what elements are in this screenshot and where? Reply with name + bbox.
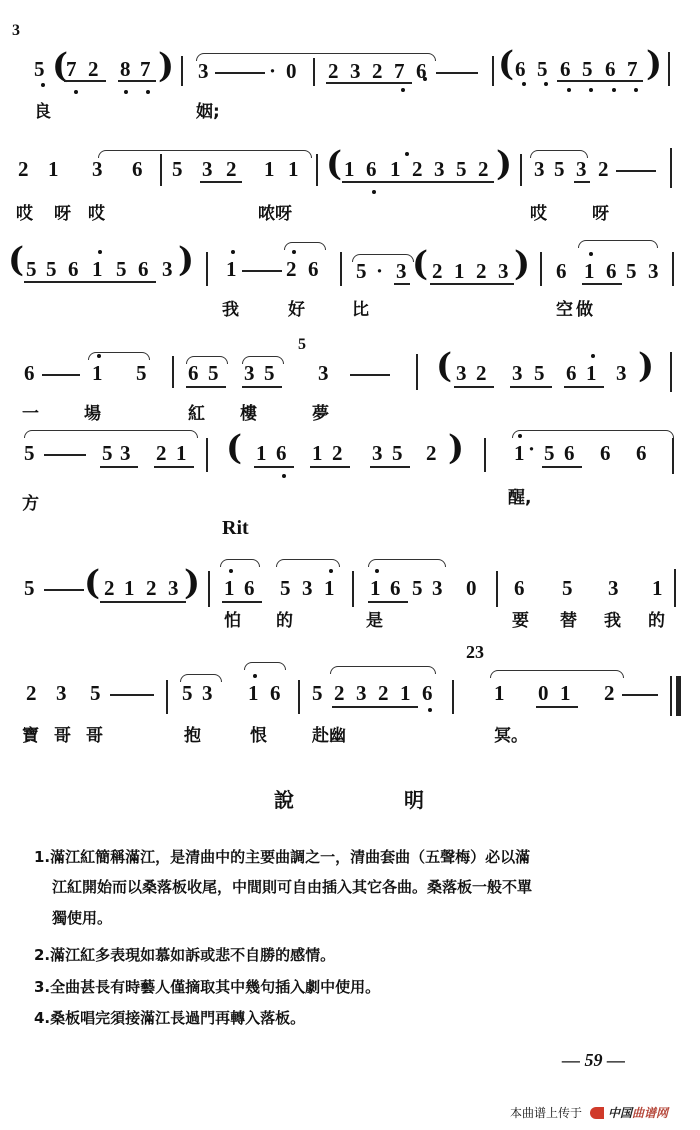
note: 1 xyxy=(124,577,135,599)
note: 1 xyxy=(92,258,103,280)
slur xyxy=(512,430,674,438)
barline xyxy=(670,148,672,188)
note: 1 xyxy=(560,682,571,704)
lyric: 是 xyxy=(366,611,383,631)
octave-dot xyxy=(146,90,150,94)
note: 6 xyxy=(138,258,149,280)
note: 5 xyxy=(534,362,545,384)
underline xyxy=(542,466,582,468)
lyric: 方 xyxy=(22,494,39,514)
note: 2 xyxy=(476,362,487,384)
note: 7 xyxy=(140,58,151,80)
note: 5 xyxy=(208,362,219,384)
octave-dot xyxy=(589,88,593,92)
note: 1 xyxy=(390,158,401,180)
paren-close: ) xyxy=(638,348,654,384)
note: 6 xyxy=(606,260,617,282)
lyric: 哥 xyxy=(86,726,103,746)
barline xyxy=(670,352,672,392)
section-title-right: 明 xyxy=(404,784,424,813)
dash xyxy=(44,454,86,456)
barline xyxy=(166,680,168,714)
lyric: 赴幽 xyxy=(312,726,346,746)
underline xyxy=(254,466,294,468)
note: 5 xyxy=(172,158,183,180)
note: 5 xyxy=(312,682,323,704)
barline xyxy=(672,438,674,474)
underline xyxy=(430,283,514,285)
lyric: 我 xyxy=(222,300,239,320)
lyric: 夢 xyxy=(312,404,329,424)
octave-dot xyxy=(282,474,286,478)
note: 3 xyxy=(396,260,407,282)
note: 0 xyxy=(286,60,297,82)
note: 6 xyxy=(422,682,433,704)
lyric: 紅 xyxy=(188,404,205,424)
octave-dot xyxy=(612,88,616,92)
barline xyxy=(172,356,174,388)
note: 5 xyxy=(582,58,593,80)
note: 6 xyxy=(636,442,647,464)
lyric: 哎 xyxy=(88,204,105,224)
note: 2 xyxy=(478,158,489,180)
note: · xyxy=(269,60,276,82)
slur xyxy=(368,559,446,567)
note: 3 xyxy=(456,362,467,384)
octave-dot xyxy=(292,250,296,254)
note: 3 xyxy=(92,158,103,180)
octave-dot xyxy=(567,88,571,92)
note: 2 xyxy=(432,260,443,282)
note: 1 xyxy=(586,362,597,384)
note: 6 xyxy=(560,58,571,80)
note: 6 xyxy=(514,577,525,599)
barline xyxy=(492,56,494,86)
paren-close: ) xyxy=(448,430,464,466)
note: 2 xyxy=(334,682,345,704)
underline xyxy=(564,386,604,388)
note: 0 xyxy=(466,577,477,599)
underline xyxy=(24,281,156,283)
octave-dot xyxy=(544,82,548,86)
note: 3 xyxy=(162,258,173,280)
note: 1 xyxy=(92,362,103,384)
paren-open: ( xyxy=(84,565,100,601)
note: 1 xyxy=(454,260,465,282)
slur xyxy=(578,240,658,248)
note: 1 xyxy=(370,577,381,599)
note: 3 xyxy=(202,158,213,180)
brand-name-red: 曲谱网 xyxy=(632,1104,668,1121)
octave-dot xyxy=(41,83,45,87)
note: 1 xyxy=(344,158,355,180)
dash xyxy=(350,374,390,376)
lyric: 冥。 xyxy=(494,726,528,746)
note: 1 xyxy=(226,258,237,280)
lyric: 哥 xyxy=(54,726,71,746)
note: 3 xyxy=(498,260,509,282)
underline xyxy=(454,386,494,388)
underline xyxy=(510,386,552,388)
note: 1 xyxy=(288,158,299,180)
lyric: 哝呀 xyxy=(258,204,292,224)
note: · xyxy=(528,438,535,460)
note: 5 xyxy=(46,258,57,280)
paren-close: ) xyxy=(514,246,530,282)
note: 3 xyxy=(202,682,213,704)
lyric: 要 xyxy=(512,611,529,631)
note: 0 xyxy=(538,682,549,704)
tempo-marking: Rit xyxy=(222,517,249,540)
octave-dot xyxy=(98,250,102,254)
underline xyxy=(118,80,156,82)
note: 3 xyxy=(648,260,659,282)
note: 3 xyxy=(608,577,619,599)
note: 3 xyxy=(318,362,329,384)
note: 3 xyxy=(198,60,209,82)
note: 2 xyxy=(426,442,437,464)
octave-dot xyxy=(97,354,101,358)
note: 5 xyxy=(116,258,127,280)
barline xyxy=(316,154,318,186)
explanation-line: 獨使用。 xyxy=(52,903,672,934)
octave-dot xyxy=(329,569,333,573)
lyric: 場 xyxy=(84,404,101,424)
dash xyxy=(215,72,265,74)
paren-open: ( xyxy=(326,146,342,182)
lyric: 比 xyxy=(352,300,369,320)
lyric: 怕 xyxy=(224,611,241,631)
brand-logo-icon xyxy=(590,1107,604,1119)
note: 2 xyxy=(598,158,609,180)
note: 3 xyxy=(512,362,523,384)
note: 1 xyxy=(256,442,267,464)
note: 2 xyxy=(26,682,37,704)
octave-dot xyxy=(589,252,593,256)
footer-prefix: 本曲谱上传于 xyxy=(510,1104,582,1121)
octave-dot xyxy=(231,250,235,254)
underline xyxy=(186,386,226,388)
note: 6 xyxy=(605,58,616,80)
lyric: 呀 xyxy=(54,204,71,224)
lyric: 寶 xyxy=(22,726,39,746)
barline xyxy=(672,252,674,286)
note: 6 xyxy=(244,577,255,599)
barline xyxy=(668,52,670,86)
grace-note: 23 xyxy=(466,642,484,663)
lyric: 我 xyxy=(604,611,621,631)
footer-watermark[interactable]: 本曲谱上传于 中国 曲谱网 xyxy=(510,1104,668,1121)
underline xyxy=(368,601,408,603)
note: 6 xyxy=(308,258,319,280)
note: 6 xyxy=(566,362,577,384)
note: 5 xyxy=(554,158,565,180)
note: 6 xyxy=(270,682,281,704)
underline xyxy=(332,706,418,708)
barline xyxy=(340,252,342,286)
note: 5 xyxy=(90,682,101,704)
lyric: 做 xyxy=(576,300,593,320)
lyric: 替 xyxy=(560,611,577,631)
note: 2 xyxy=(412,158,423,180)
octave-dot xyxy=(405,152,409,156)
barline xyxy=(540,252,542,286)
underline xyxy=(342,181,494,183)
barline xyxy=(674,569,676,607)
barline xyxy=(352,571,354,607)
note: 6 xyxy=(132,158,143,180)
slur xyxy=(330,666,436,674)
slur xyxy=(24,430,198,438)
note: 5 xyxy=(537,58,548,80)
octave-dot xyxy=(74,90,78,94)
final-barline-thick xyxy=(676,676,681,716)
note: 5 xyxy=(24,577,35,599)
octave-dot xyxy=(124,90,128,94)
note: 3 xyxy=(350,60,361,82)
note: 6 xyxy=(600,442,611,464)
note: 3 xyxy=(616,362,627,384)
underline xyxy=(64,80,106,82)
note: 5 xyxy=(34,58,45,80)
barline xyxy=(181,56,183,86)
underline xyxy=(536,706,578,708)
note: 1 xyxy=(312,442,323,464)
octave-dot xyxy=(375,569,379,573)
note: · xyxy=(376,260,383,282)
underline xyxy=(370,466,410,468)
lyric: 樓 xyxy=(240,404,257,424)
note: 3 xyxy=(434,158,445,180)
underline xyxy=(222,601,262,603)
lyric: 的 xyxy=(276,611,293,631)
note: 3 xyxy=(56,682,67,704)
brand-name-dark: 中国 xyxy=(608,1104,632,1121)
note: 2 xyxy=(372,60,383,82)
note: 5 xyxy=(562,577,573,599)
explanation-line: 4.桑板唱完須接滿江長過門再轉入落板。 xyxy=(34,1003,654,1034)
note: 3 xyxy=(302,577,313,599)
slur xyxy=(276,559,340,567)
octave-dot xyxy=(518,434,522,438)
explanation-line: 江紅開始而以桑落板收尾，中間則可自由插入其它各曲。桑落板一般不單 xyxy=(52,872,672,903)
note: 2 xyxy=(104,577,115,599)
note: 6 xyxy=(390,577,401,599)
note: 3 xyxy=(244,362,255,384)
octave-dot xyxy=(428,708,432,712)
note: 5 xyxy=(136,362,147,384)
underline xyxy=(200,181,242,183)
underline xyxy=(394,283,410,285)
note: 2 xyxy=(378,682,389,704)
paren-open: ( xyxy=(436,348,452,384)
note: 2 xyxy=(328,60,339,82)
note: 3 xyxy=(120,442,131,464)
lyric: 良 xyxy=(34,102,51,122)
note: 1 xyxy=(400,682,411,704)
underline xyxy=(574,181,590,183)
dash xyxy=(44,589,84,591)
octave-dot xyxy=(423,77,427,81)
note: 1 xyxy=(652,577,663,599)
barline xyxy=(206,438,208,472)
note: 3 xyxy=(372,442,383,464)
underline xyxy=(557,80,643,82)
note: 1 xyxy=(324,577,335,599)
note: 5 xyxy=(24,442,35,464)
note: 1 xyxy=(264,158,275,180)
note: 2 xyxy=(88,58,99,80)
lyric: 一 xyxy=(22,404,39,424)
paren-close: ) xyxy=(184,565,200,601)
note: 7 xyxy=(66,58,77,80)
note: 5 xyxy=(280,577,291,599)
barline xyxy=(208,571,210,607)
note: 6 xyxy=(188,362,199,384)
note: 3 xyxy=(168,577,179,599)
slur xyxy=(284,242,326,250)
lyric: 空 xyxy=(556,300,573,320)
barline xyxy=(416,354,418,390)
note: 5 xyxy=(26,258,37,280)
octave-dot xyxy=(522,82,526,86)
dash xyxy=(242,270,282,272)
explanation-line: 2.滿江紅多表現如慕如訴或悲不自勝的感情。 xyxy=(34,940,654,971)
note: 2 xyxy=(332,442,343,464)
slur xyxy=(244,662,286,670)
grace-note: 5 xyxy=(298,336,306,354)
underline xyxy=(582,283,622,285)
lyric: 恨 xyxy=(250,726,267,746)
underline xyxy=(100,601,186,603)
lyric: 好 xyxy=(288,300,305,320)
note: 1 xyxy=(584,260,595,282)
note: 7 xyxy=(627,58,638,80)
note: 2 xyxy=(226,158,237,180)
explanation-line: 3.全曲甚長有時藝人僅摘取其中幾句插入劇中使用。 xyxy=(34,972,654,1003)
note: 6 xyxy=(24,362,35,384)
barline xyxy=(313,58,315,86)
paren-open: ( xyxy=(8,242,24,278)
note: 1 xyxy=(224,577,235,599)
note: 5 xyxy=(626,260,637,282)
note: 3 xyxy=(432,577,443,599)
note: 5 xyxy=(102,442,113,464)
lyric: 醒, xyxy=(508,488,531,508)
paren-open: ( xyxy=(226,430,242,466)
note: 2 xyxy=(156,442,167,464)
grace-note: 3 xyxy=(12,22,20,40)
dash xyxy=(616,170,656,172)
dash xyxy=(110,694,154,696)
underline xyxy=(242,386,282,388)
note: 2 xyxy=(146,577,157,599)
section-title-left: 說 xyxy=(274,784,294,813)
note: 3 xyxy=(356,682,367,704)
barline xyxy=(484,438,486,472)
barline xyxy=(452,680,454,714)
note: 5 xyxy=(182,682,193,704)
note: 1 xyxy=(48,158,59,180)
underline xyxy=(326,82,412,84)
octave-dot xyxy=(634,88,638,92)
lyric: 呀 xyxy=(592,204,609,224)
note: 5 xyxy=(264,362,275,384)
note: 1 xyxy=(248,682,259,704)
note: 6 xyxy=(564,442,575,464)
lyric: 哎 xyxy=(530,204,547,224)
slur xyxy=(220,559,260,567)
note: 5 xyxy=(356,260,367,282)
barline xyxy=(206,252,208,286)
explanation-line: 1.滿江紅簡稱滿江，是清曲中的主要曲調之一，清曲套曲（五聲梅）必以滿 xyxy=(34,842,654,873)
lyric: 哎 xyxy=(16,204,33,224)
dash xyxy=(622,694,658,696)
slur xyxy=(490,670,624,678)
note: 5 xyxy=(544,442,555,464)
note: 5 xyxy=(456,158,467,180)
octave-dot xyxy=(229,569,233,573)
note: 1 xyxy=(494,682,505,704)
note: 1 xyxy=(176,442,187,464)
note: 8 xyxy=(120,58,131,80)
paren-close: ) xyxy=(158,48,174,84)
barline xyxy=(160,154,162,186)
barline xyxy=(298,680,300,714)
note: 1 xyxy=(514,442,525,464)
page-number: — 59 — xyxy=(562,1050,625,1071)
final-barline-thin xyxy=(670,676,672,716)
note: 3 xyxy=(576,158,587,180)
paren-close: ) xyxy=(496,146,512,182)
underline xyxy=(310,466,350,468)
barline xyxy=(520,154,522,186)
note: 5 xyxy=(412,577,423,599)
note: 2 xyxy=(604,682,615,704)
note: 5 xyxy=(392,442,403,464)
note: 3 xyxy=(534,158,545,180)
dash xyxy=(436,72,478,74)
dash xyxy=(42,374,80,376)
lyric: 的 xyxy=(648,611,665,631)
note: 2 xyxy=(476,260,487,282)
note: 2 xyxy=(286,258,297,280)
paren-close: ) xyxy=(646,46,662,82)
barline xyxy=(496,571,498,607)
note: 7 xyxy=(394,60,405,82)
note: 6 xyxy=(276,442,287,464)
lyric: 姻; xyxy=(196,102,220,122)
lyric: 抱 xyxy=(184,726,201,746)
paren-open: ( xyxy=(412,246,428,282)
octave-dot xyxy=(591,354,595,358)
paren-close: ) xyxy=(178,242,194,278)
paren-open: ( xyxy=(498,46,514,82)
underline xyxy=(154,466,194,468)
octave-dot xyxy=(401,88,405,92)
note: 6 xyxy=(366,158,377,180)
note: 2 xyxy=(18,158,29,180)
note: 6 xyxy=(68,258,79,280)
underline xyxy=(100,466,138,468)
octave-dot xyxy=(253,674,257,678)
note: 6 xyxy=(515,58,526,80)
note: 6 xyxy=(556,260,567,282)
octave-dot xyxy=(372,190,376,194)
